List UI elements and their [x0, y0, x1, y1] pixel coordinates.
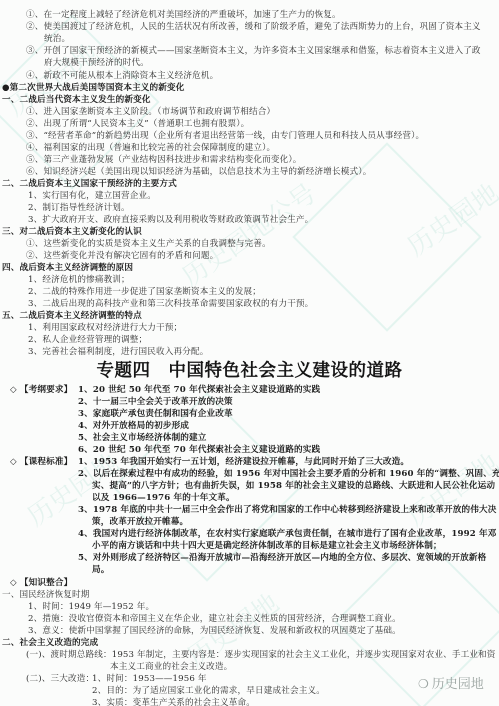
list-item: 2、制订指导性经济计划。 [28, 203, 130, 214]
list-item: 1、实行国有化，建立国营企业。 [28, 191, 156, 202]
list-item-continuation: 实、提高”的八字方针；也有曲折失误，如 1958 年的社会主义建设的总路线、大跃… [92, 481, 495, 492]
subsection-heading: 二、社会主义改造的完成 [2, 638, 98, 649]
brand-watermark: ❍历史园地 [418, 673, 484, 692]
list-item: 5、对外则形成了经济特区—沿海开放城市—沿海经济开放区—内地的全方位、多层次、宽… [78, 553, 486, 564]
list-item: ⑤、第三产业蓬勃发展（产业结构因科技进步和需求结构变化而变化）。 [26, 155, 302, 166]
list-item: 3、扩大政府开支、政府直接采购以及利用税收等财政政策调节社会生产。 [28, 215, 313, 226]
list-item: 2、以后在探索过程中有成功的经验，如 1956 年对中国社会主要矛盾的分析和 1… [78, 469, 499, 480]
section-heading: ●第二次世界大战后美国等国资本主义的新变化 [2, 83, 185, 94]
list-item: 6、20 世纪 50 年代至 70 年代探索社会主义建设道路的实践 [78, 445, 320, 456]
list-item-continuation: 小平的南方谈话和中共十四大更是确定经济体制改革的目标是建立社会主义市场经济体制； [92, 541, 442, 552]
list-item-continuation: 府大规模干预经济的时代。 [44, 58, 149, 69]
subsection-heading: 二、二战后资本主义国家干预经济的主要方式 [2, 179, 177, 190]
list-item: 4、对外开放格局的初步形成 [78, 421, 189, 432]
list-item-continuation: 本主义工商业的社会主义改造。 [110, 662, 232, 673]
knowledge-integration-label: ◇ 【知识整合】 [10, 578, 72, 589]
subsection-heading: 四、战后资本主义经济调整的原因 [2, 263, 133, 274]
list-item: ④、新政不可能从根本上消除资本主义经济危机。 [26, 71, 218, 82]
list-item: ③、开创了国家干预经济的新模式——国家垄断资本主义，为许多资本主义国家继承和借鉴… [26, 46, 481, 57]
watermark-text: 历史园地 [399, 174, 499, 264]
list-item-continuation: 局。 [92, 565, 110, 576]
list-item: 1、20 世纪 50 年代至 70 年代探索社会主义建设道路的实践 [78, 385, 320, 396]
list-item: ②、出现了所谓“人民资本主义”（普通职工也拥有股票）。 [26, 119, 249, 130]
list-item: 5、社会主义市场经济体制的建立 [78, 433, 207, 444]
list-item: 2、十一届三中全会关于改革开放的决策 [78, 397, 233, 408]
list-item: 2、私人企业经营管理的调整； [28, 335, 147, 346]
list-item: ④、福利国家的出现（普遍和比较完善的社会保障制度的建立）。 [26, 143, 275, 154]
list-item: 1、时间：1949 年—1952 年。 [28, 602, 154, 613]
list-item: (一)、渡时期总路线：1953 年制定，主要内容是：逐步实现国家的社会主义工业化… [26, 650, 496, 661]
list-item-label: (二)、三大改造： [26, 674, 94, 685]
list-item: 3、实质：变革生产关系的社会主义革命。 [92, 698, 255, 706]
list-item: 3、二战后出现的高科技产业和第三次科技革命需要国家政权的有力干预。 [28, 299, 313, 310]
list-item: 4、我国对内进行经济体制改革，在农村实行家庭联产承包责任制，在城市进行了国有企业… [78, 529, 497, 540]
list-item: 1、1953 年我国开始实行一五计划，经济建设拉开帷幕，与此同时开始了三大改造。 [78, 457, 409, 468]
list-item: ③、“经营者革命”的新趋势出现（企业所有者退出经营第一线，由专门管理人员和科技人… [26, 131, 424, 142]
list-item-continuation: 策，改革开放拉开帷幕。 [92, 517, 188, 528]
wechat-icon: ❍ [418, 677, 429, 691]
curriculum-standards-label: ◇ 【课程标准】 [10, 457, 72, 468]
topic-title: 专题四 中国特色社会主义建设的道路 [0, 357, 499, 382]
list-item: ①、这些新变化的实质是资本主义生产关系的自我调整与完善。 [26, 239, 271, 250]
brand-name: 历史园地 [432, 677, 484, 692]
list-item: ②、这些新变化并没有解决它固有的矛盾和问题。 [26, 251, 218, 262]
subsection-heading: 五、二战后资本主义经济调整的特点 [2, 311, 142, 322]
list-item: 2、措施：没收官僚资本和帝国主义在华企业，建立社会主义性质的国营经济，合理调整工… [28, 614, 401, 625]
watermark-text: 历史园地公号 [173, 174, 322, 294]
list-item: 2、目的：为了适应国家工业化的需求，早日建成社会主义。 [92, 686, 325, 697]
subsection-heading: 一、二战后当代资本主义发生的新变化 [2, 95, 151, 106]
list-item: ①、在一定程度上减轻了经济危机对美国经济的严重破坏，加速了生产力的恢复。 [26, 10, 341, 21]
list-item: 1、利用国家政权对经济进行大力干预； [28, 323, 182, 334]
list-item: ②、使美国渡过了经济危机，人民的生活状况有所改善，缓和了阶级矛盾，避免了法西斯势… [26, 22, 481, 33]
list-item: 3、意义：使新中国掌握了国民经济的命脉，为国民经济恢复、发展和新政权的巩固奠定了… [28, 626, 401, 637]
subsection-heading: 一、国民经济恢复时期 [2, 590, 89, 601]
list-item: 1、时间：1953——1956 年 [92, 674, 207, 685]
list-item: 2、二战的特殊作用进一步促进了国家垄断资本主义的发展； [28, 287, 261, 298]
list-item: 3、1978 年底的中共十一届三中全会作出了将党和国家的工作中心转移到经济建设上… [78, 505, 497, 516]
list-item: 1、经济危机的惨痛教训； [28, 275, 130, 286]
list-item-continuation: 统治。 [44, 34, 70, 45]
list-item-continuation: 以及 1966—1976 年的十年文革。 [92, 493, 235, 504]
exam-requirements-label: ◇ 【考纲要求】 [10, 385, 72, 396]
subsection-heading: 三、对二战后资本主义新变化的认识 [2, 227, 142, 238]
list-item: ⑥、知识经济兴起（美国出现以知识经济为基础，以信息技术为主导的新经济增长模式）。 [26, 167, 371, 178]
list-item: ①、进入国家垄断资本主义阶段。（市场调节和政府调节相结合） [26, 107, 275, 118]
list-item: 3、家庭联产承包责任制和国有企业改革 [78, 409, 233, 420]
